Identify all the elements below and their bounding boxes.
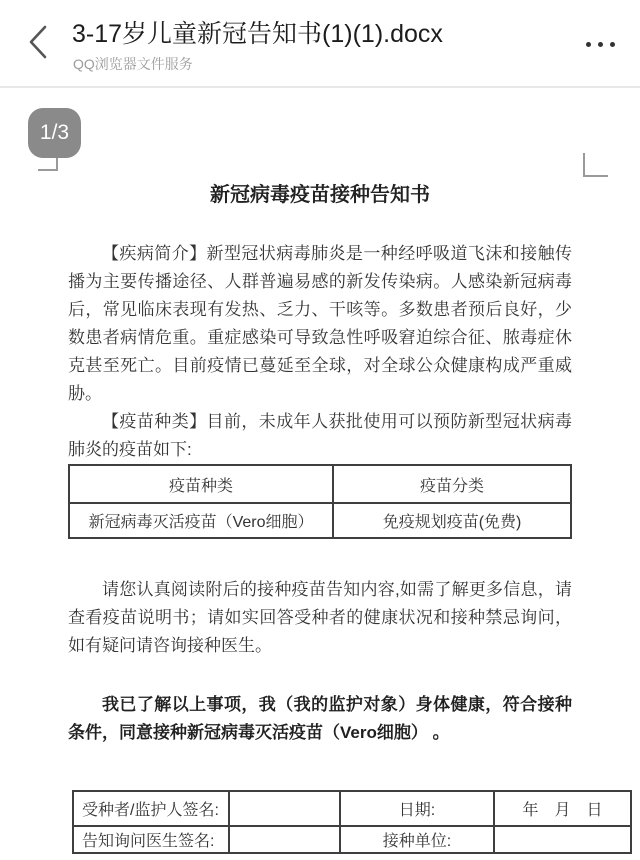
- signature-table-row: 受种者/监护人签名: 日期: 年 月 日: [73, 791, 631, 826]
- unit-label-cell: 接种单位:: [340, 826, 494, 853]
- document-page[interactable]: 1/3 新冠病毒疫苗接种告知书 【疾病简介】新型冠状病毒肺炎是一种经呼吸道飞沫和…: [0, 90, 640, 860]
- doctor-label-cell: 告知询问医生签名:: [73, 826, 229, 853]
- back-button[interactable]: [18, 22, 58, 66]
- more-menu-button[interactable]: [576, 26, 624, 62]
- unit-blank-cell: [494, 826, 631, 853]
- vaccine-table-header-cell: 疫苗分类: [333, 465, 571, 503]
- chevron-left-icon: [27, 24, 49, 65]
- page-number-badge: 1/3: [28, 108, 81, 158]
- page-corner-mark-right: [583, 153, 608, 177]
- vaccine-table: 疫苗种类 疫苗分类 新冠病毒灭活疫苗（Vero细胞） 免疫规划疫苗(免费): [68, 464, 572, 539]
- vaccine-table-cell: 新冠病毒灭活疫苗（Vero细胞）: [69, 503, 333, 538]
- document-content: 新冠病毒疫苗接种告知书 【疾病简介】新型冠状病毒肺炎是一种经呼吸道飞沫和接触传播…: [0, 182, 640, 854]
- paragraph-disease-intro: 【疾病简介】新型冠状病毒肺炎是一种经呼吸道飞沫和接触传播为主要传播途径、人群普遍…: [68, 240, 572, 408]
- signature-table-row: 告知询问医生签名: 接种单位:: [73, 826, 631, 853]
- more-dots-icon: [610, 42, 615, 47]
- document-title: 新冠病毒疫苗接种告知书: [68, 182, 572, 208]
- paragraph-agreement: 我已了解以上事项，我（我的监护对象）身体健康，符合接种条件，同意接种新冠病毒灭活…: [68, 691, 572, 747]
- more-dots-icon: [586, 42, 591, 47]
- document-viewer-screen: 3-17岁儿童新冠告知书(1)(1).docx QQ浏览器文件服务 1/3 新冠…: [0, 0, 640, 860]
- app-header: 3-17岁儿童新冠告知书(1)(1).docx QQ浏览器文件服务: [0, 0, 640, 88]
- file-service-subtitle: QQ浏览器文件服务: [73, 54, 193, 74]
- date-ymd-cell: 年 月 日: [494, 791, 631, 826]
- signature-table: 受种者/监护人签名: 日期: 年 月 日 告知询问医生签名: 接种单位:: [72, 790, 632, 854]
- paragraph-read-notice: 请您认真阅读附后的接种疫苗告知内容,如需了解更多信息，请查看疫苗说明书；请如实回…: [68, 576, 572, 660]
- signer-blank-cell: [229, 791, 340, 826]
- vaccine-table-row: 新冠病毒灭活疫苗（Vero细胞） 免疫规划疫苗(免费): [69, 503, 571, 538]
- more-dots-icon: [598, 42, 603, 47]
- date-label-cell: 日期:: [340, 791, 494, 826]
- doctor-blank-cell: [229, 826, 340, 853]
- signer-label-cell: 受种者/监护人签名:: [73, 791, 229, 826]
- paragraph-vaccine-types: 【疫苗种类】目前，未成年人获批使用可以预防新型冠状病毒肺炎的疫苗如下:: [68, 408, 572, 464]
- vaccine-table-header-row: 疫苗种类 疫苗分类: [69, 465, 571, 503]
- vaccine-table-cell: 免疫规划疫苗(免费): [333, 503, 571, 538]
- file-title: 3-17岁儿童新冠告知书(1)(1).docx: [72, 14, 542, 50]
- vaccine-table-header-cell: 疫苗种类: [69, 465, 333, 503]
